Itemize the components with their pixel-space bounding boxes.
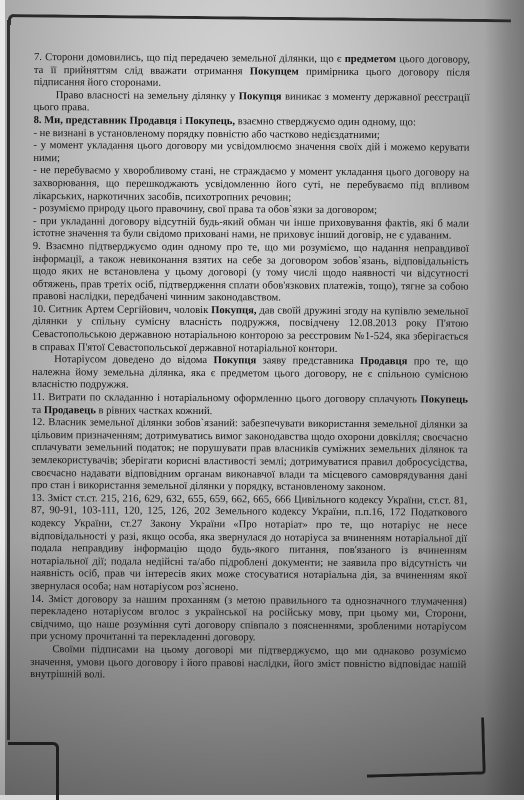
clause-14: 14. Зміст договору за нашим проханням (з…: [30, 594, 466, 647]
bottom-right-frame-mark: [365, 717, 486, 777]
clause-10: 10. Ситник Артем Сергійович, чоловік Пок…: [32, 304, 468, 357]
clause-12: 12. Власник земельної ділянки зобов`язан…: [31, 417, 467, 495]
contract-text: 7. Сторони домовились, що під передачею …: [30, 52, 470, 684]
clause-8-item: - не перебуваємо у хворобливому стані, н…: [33, 165, 469, 205]
clause-7: 7. Сторони домовились, що під передачею …: [34, 52, 470, 92]
clause-9: 9. Взаємно підтверджуємо один одному про…: [32, 241, 468, 307]
clause-7-ownership: Право власності на земельну ділянку у По…: [34, 90, 470, 118]
clause-13: 13. Зміст ст.ст. 215, 216, 629, 632, 655…: [31, 493, 468, 596]
clause-11: 11. Витрати по складанню і нотаріальному…: [32, 392, 468, 420]
clause-8-item: - при укладанні договору відсутній будь-…: [33, 216, 469, 244]
bottom-left-frame-mark: [8, 742, 59, 800]
scan-bottom-edge: [0, 795, 524, 800]
final-confirmation: Своїми підписами на цьому договорі ми пі…: [30, 644, 466, 684]
page-left-border-line: [7, 20, 10, 740]
clause-10-notary-statement: Нотаріусом доведено до відома Покупця за…: [32, 354, 468, 394]
clause-8-item: - у момент укладання цього договору ми у…: [33, 140, 469, 168]
